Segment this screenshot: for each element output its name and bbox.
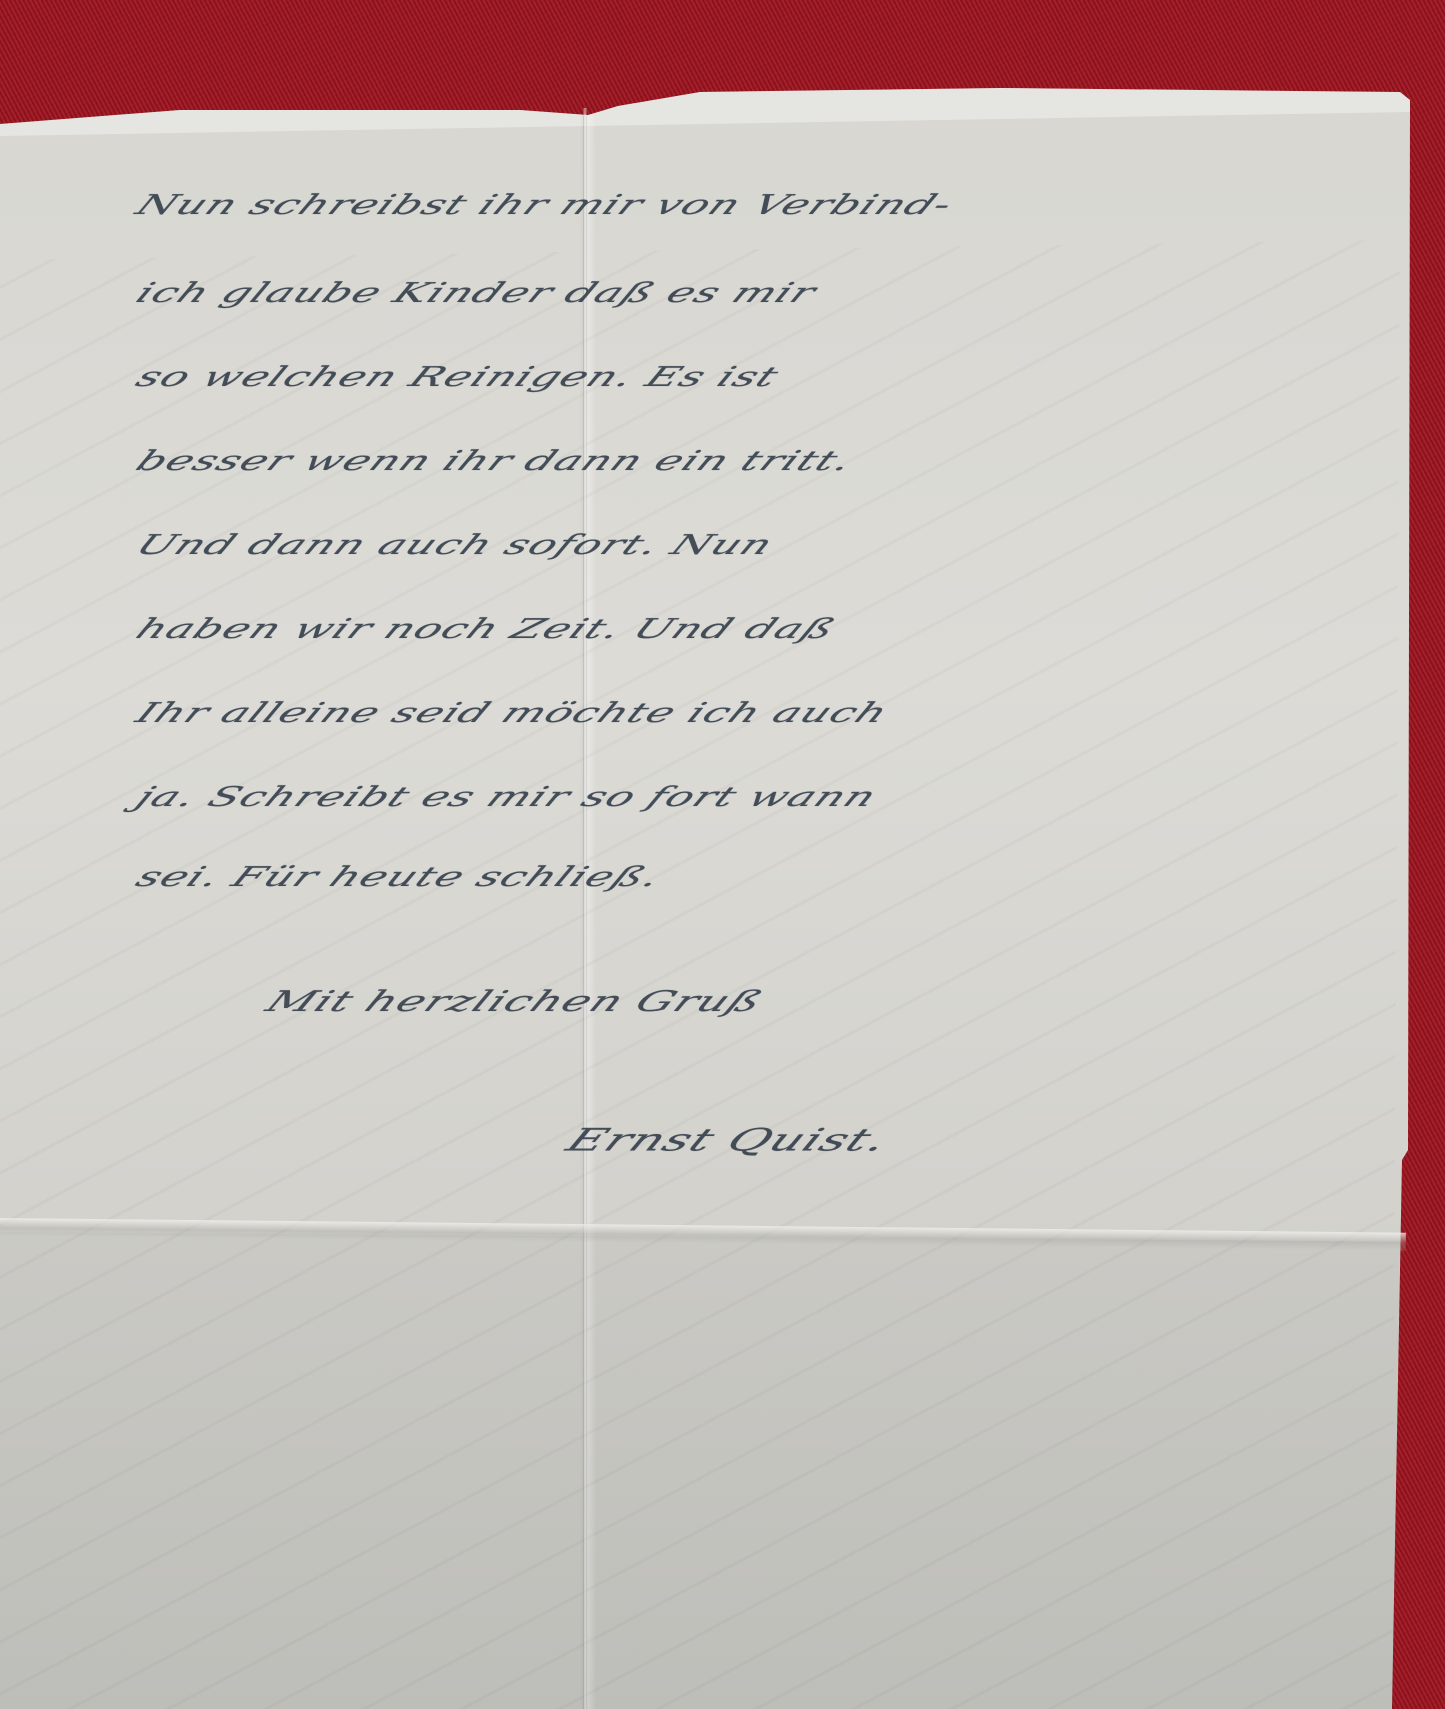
letter-line: sei. Für heute schließ. <box>130 861 668 893</box>
letter-signature: Ernst Quist. <box>560 1122 896 1158</box>
letter-line: Nun schreibst ihr mir von Verbind- <box>130 189 959 221</box>
letter-line: ich glaube Kinder daß es mir <box>130 277 823 309</box>
letter-line: haben wir noch Zeit. Und daß <box>130 613 842 645</box>
letter-closing: Mit herzlichen Gruß <box>260 985 770 1018</box>
lower-panel-shade <box>0 1232 1400 1709</box>
letter-line: Ihr alleine seid möchte ich auch <box>130 697 895 729</box>
letter-line: ja. Schreibt es mir so fort wann <box>130 781 883 813</box>
letter-line: so welchen Reinigen. Es ist <box>130 361 785 393</box>
letter-line: Und dann auch sofort. Nun <box>130 529 780 561</box>
photo-scene: Nun schreibst ihr mir von Verbind- ich g… <box>0 0 1445 1709</box>
letter-line: besser wenn ihr dann ein tritt. <box>130 445 860 477</box>
